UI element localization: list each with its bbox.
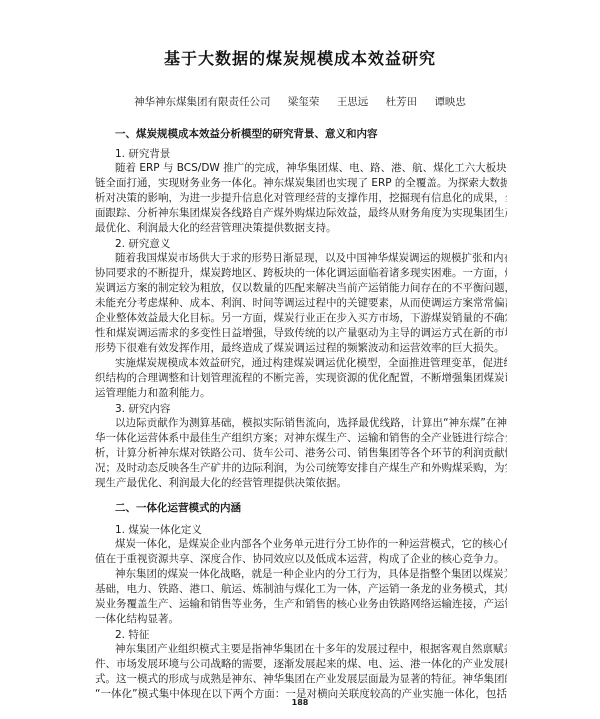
paragraph-line: 企业整体效益最大化目标。另一方面，煤炭行业正在步入买方市场，下游煤炭销量的不确定: [95, 311, 507, 325]
paper-page: 基于大数据的煤炭规模成本效益研究 神华神东煤集团有限责任公司 梁玺荣 王思远 杜…: [0, 0, 600, 719]
paragraph-line: 值在于重视资源共享、深度合作、协同效应以及低成本运营，构成了企业的核心竞争力。: [95, 552, 507, 566]
paragraph-line: 况；及时动态反映各生产矿井的边际利润，为公司统筹安排自产煤生产和外购煤采购，为实: [95, 461, 507, 475]
subsection-heading: 2. 特征: [115, 627, 149, 642]
paragraph-line: 协同要求的不断提升，煤炭跨地区、跨板块的一体化调运面临着诸多现实困难。一方面，煤: [95, 266, 507, 280]
author-name: 杜芳田: [386, 96, 418, 108]
subsection-heading: 3. 研究内容: [115, 401, 170, 416]
section-heading: 一、煤炭规模成本效益分析模型的研究背景、意义和内容: [115, 126, 378, 141]
paragraph-line: 式。这一模式的形成与成熟是神东、神华集团在产业发展层面最为显著的特征。神华集团的: [95, 672, 507, 686]
paragraph-line: 件、市场发展环境与公司战略的需要，逐渐发展起来的煤、电、运、港一体化的产业发展模: [95, 657, 507, 671]
author-name: 王思远: [337, 96, 369, 108]
paragraph-line: 最优化、利润最大化的经营管理决策提供数据支持。: [95, 221, 507, 235]
paragraph-line: 以边际贡献作为测算基础，模拟实际销售流向，选择最优线路，计算出“神东煤”在神: [115, 416, 507, 430]
subsection-heading: 1. 煤炭一体化定义: [115, 522, 202, 537]
paragraph-line: 运管理能力和盈利能力。: [95, 386, 507, 400]
paragraph-line: 炭调运方案的制定较为粗放，仅以数量的匹配来解决当前产运销能力间存在的不平衡问题，: [95, 281, 507, 295]
page-number: 188: [0, 698, 600, 707]
subsection-heading: 1. 研究背景: [115, 146, 170, 161]
subsection-heading: 2. 研究意义: [115, 236, 170, 251]
paragraph-line: 神东集团的煤炭一体化战略，就是一种企业内的分工行为，具体是指整个集团以煤炭为: [115, 567, 507, 581]
author-name: 梁玺荣: [288, 96, 320, 108]
paper-title: 基于大数据的煤炭规模成本效益研究: [0, 46, 600, 69]
paragraph-line: 一体化结构显著。: [95, 612, 507, 626]
author-line: 神华神东煤集团有限责任公司 梁玺荣 王思远 杜芳田 谭映忠: [0, 94, 600, 109]
section-heading: 二、一体化运营模式的内涵: [115, 500, 241, 515]
paragraph-line: 煤炭一体化，是煤炭企业内部各个业务单元进行分工协作的一种运营模式，它的核心价: [115, 537, 507, 551]
paragraph-line: 基础，电力、铁路、港口、航运、炼制油与煤化工为一体，产运销一条龙的业务模式，其煤: [95, 582, 507, 596]
author-affiliation: 神华神东煤集团有限责任公司: [134, 96, 271, 108]
paragraph-line: 析对决策的影响，为进一步提升信息化对管理经营的支撑作用，挖掘现有信息化的成果，全: [95, 191, 507, 205]
paragraph-line: 炭业务覆盖生产、运输和销售等业务，生产和销售的核心业务由铁路网络运输连接，产运销: [95, 597, 507, 611]
paragraph-line: 面跟踪、分析神东集团煤炭各线路自产煤外购煤边际效益，最终从财务角度为实现集团生产: [95, 206, 507, 220]
paragraph-line: 华一体化运营体系中最佳生产组织方案；对神东煤生产、运输和销售的全产业链进行综合分: [95, 431, 507, 445]
paragraph-line: 性和煤炭调运需求的多变性日益增强，导致传统的以产量驱动为主导的调运方式在新的市场: [95, 326, 507, 340]
paragraph-line: 形势下很难有效发挥作用，最终造成了煤炭调运过程的频繁波动和运营效率的巨大损失。: [95, 341, 507, 355]
paragraph-line: 未能充分考虑煤种、成本、利润、时间等调运过程中的关键要素，从而使调运方案常常偏离: [95, 296, 507, 310]
paragraph-line: 随着 ERP 与 BCS/DW 推广的完成，神华集团煤、电、路、港、航、煤化工六…: [115, 161, 507, 175]
paragraph-line: 随着我国煤炭市场供大于求的形势日渐显现，以及中国神华煤炭调运的规模扩张和内在: [115, 251, 507, 265]
paragraph-line: 织结构的合理调整和计划管理流程的不断完善，实现资源的优化配置，不断增强集团煤炭调: [95, 371, 507, 385]
author-name: 谭映忠: [434, 96, 466, 108]
paragraph-line: 神东集团产业组织模式主要是指神华集团在十多年的发展过程中，根据客观自然禀赋条: [115, 642, 507, 656]
paragraph-line: 析，计算分析神东煤对铁路公司、货车公司、港务公司、销售集团等各个环节的利润贡献情: [95, 446, 507, 460]
paragraph-line: 实施煤炭规模成本效益研究，通过构建煤炭调运优化模型，全面推进管理变革，促进组: [115, 356, 507, 370]
paragraph-line: 链全面打通，实现财务业务一体化。神东煤炭集团也实现了 ERP 的全覆盖。为探索大…: [95, 176, 507, 190]
paragraph-line: 现生产最优化、利润最大化的经营管理提供决策依据。: [95, 476, 507, 490]
